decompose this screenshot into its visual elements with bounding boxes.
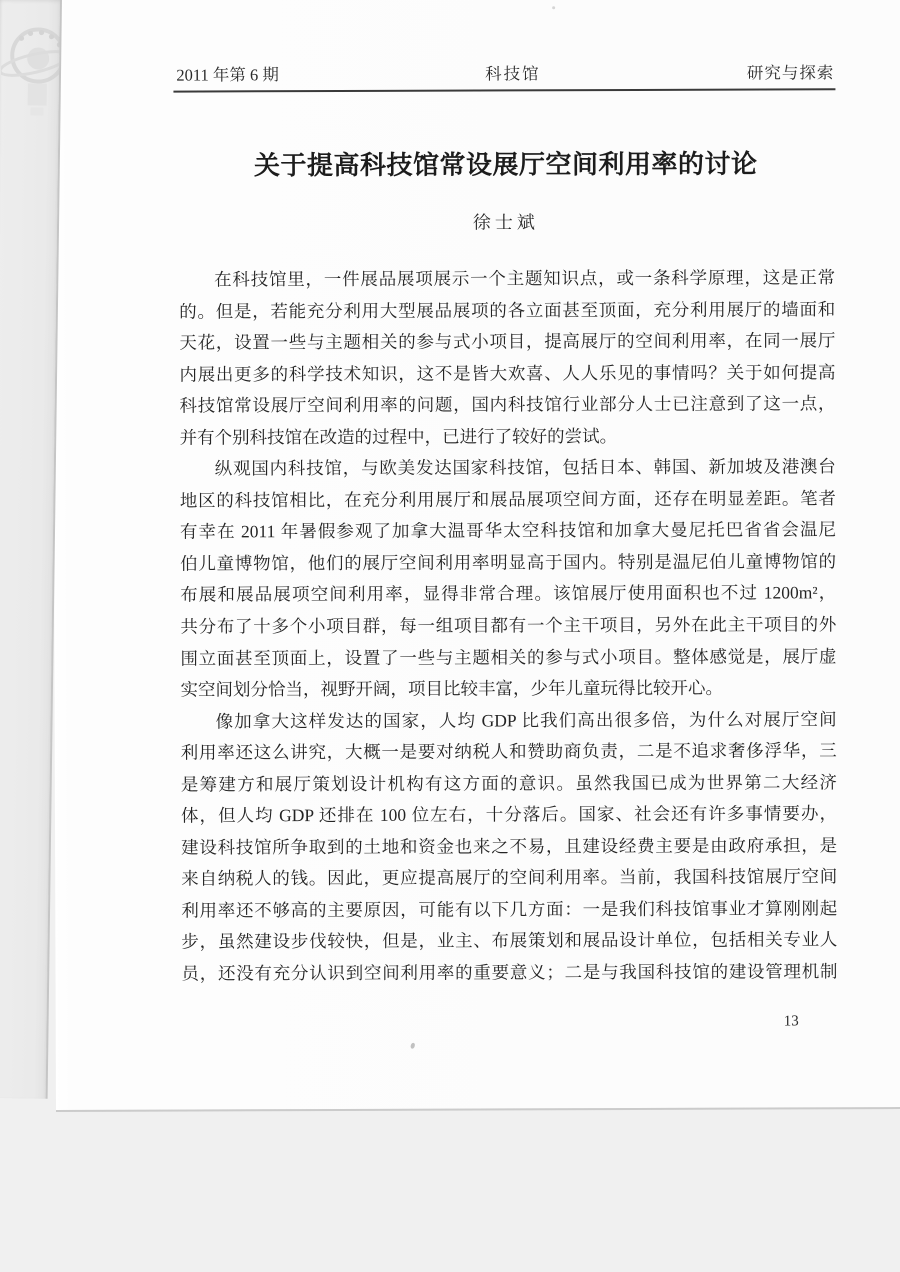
body-line: 步，虽然建设步伐较快，但是，业主、布展策划和展品设计单位，包括相关专业人 (181, 925, 837, 959)
header-journal-name: 科技馆 (485, 60, 541, 84)
body-line: 实空间划分恰当，视野开阔，项目比较丰富，少年儿童玩得比较开心。 (180, 672, 836, 706)
body-line: 围立面甚至顶面上，设置了一些与主题相关的参与式小项目。整体感觉是，展厅虚 (180, 641, 836, 675)
page-number: 13 (784, 1013, 799, 1030)
body-line: 并有个别科技馆在改造的过程中，已进行了较好的尝试。 (180, 420, 836, 454)
body-line: 利用率还这么讲究，大概一是要对纳税人和赞助商负责，二是不追求奢侈浮华，三 (181, 735, 837, 769)
article-author: 徐士斌 (177, 207, 835, 235)
body-line: 体，但人均 GDP 还排在 100 位左右，十分落后。国家、社会还有许多事情要办… (181, 799, 837, 833)
body-line: 建设科技馆所争取到的土地和资金也来之不易，且建设经费主要是由政府承担，是 (181, 830, 837, 864)
body-line: 有幸在 2011 年暑假参观了加拿大温哥华太空科技馆和加拿大曼尼托巴省省会温尼 (180, 515, 836, 549)
body-line: 在科技馆里，一件展品展项展示一个主题知识点，或一条科学原理，这是正常 (179, 262, 835, 296)
header-column-name: 研究与探索 (747, 59, 835, 83)
body-line: 伯儿童博物馆，他们的展厅空间利用率明显高于国内。特别是温尼伯儿童博物馆的 (180, 546, 836, 580)
body-line: 像加拿大这样发达的国家，人均 GDP 比我们高出很多倍，为什么对展厅空间 (181, 704, 837, 738)
header-issue: 2011 年第 6 期 (176, 61, 279, 85)
under-page-edge-strip (0, 0, 62, 1099)
article-content: 2011 年第 6 期 科技馆 研究与探索 关于提高科技馆常设展厅空间利用率的讨… (176, 0, 838, 1100)
body-line: 是筹建方和展厅策划设计机构有这方面的意识。虽然我国已成为世界第二大经济 (181, 767, 837, 801)
body-line: 纵观国内科技馆，与欧美发达国家科技馆，包括日本、韩国、新加坡及港澳台 (180, 452, 836, 486)
body-line: 共分布了十多个小项目群，每一组项目都有一个主干项目，另外在此主干项目的外 (180, 609, 836, 643)
body-line: 地区的科技馆相比，在充分利用展厅和展品展项空间方面，还存在明显差距。笔者 (180, 483, 836, 517)
body-line: 天花，设置一些与主题相关的参与式小项目，提高展厅的空间利用率，在同一展厅 (179, 325, 835, 359)
body-line: 内展出更多的科学技术知识，这不是皆大欢喜、人人乐见的事情吗？关于如何提高 (179, 357, 835, 391)
header-rule (173, 88, 835, 92)
body-line: 科技馆常设展厅空间利用率的问题，国内科技馆行业部分人士已注意到了这一点， (179, 388, 835, 422)
body-line: 布展和展品展项空间利用率，显得非常合理。该馆展厅使用面积也不过 1200m²， (180, 578, 836, 612)
article-body: 在科技馆里，一件展品展项展示一个主题知识点，或一条科学原理，这是正常的。但是，若… (179, 262, 838, 990)
journal-header: 2011 年第 6 期 科技馆 研究与探索 (176, 59, 834, 85)
article-title: 关于提高科技馆常设展厅空间利用率的讨论 (177, 143, 835, 182)
body-line: 利用率还不够高的主要原因，可能有以下几方面：一是我们科技馆事业才算刚刚起 (181, 893, 837, 927)
body-line: 的。但是，若能充分利用大型展品展项的各立面甚至顶面，充分利用展厅的墙面和 (179, 294, 835, 328)
body-line: 员，还没有充分认识到空间利用率的重要意义；二是与我国科技馆的建设管理机制 (181, 956, 837, 990)
globe-orbit-watermark-icon (0, 10, 62, 119)
body-line: 来自纳税人的钱。因此，更应提高展厅的空间利用率。当前，我国科技馆展厅空间 (181, 862, 837, 896)
scanned-page: 2011 年第 6 期 科技馆 研究与探索 关于提高科技馆常设展厅空间利用率的讨… (52, 0, 900, 1112)
scanned-journal-page: { "header": { "issue": "2011 年第 6 期", "j… (0, 0, 900, 1272)
scan-speck (552, 6, 555, 9)
